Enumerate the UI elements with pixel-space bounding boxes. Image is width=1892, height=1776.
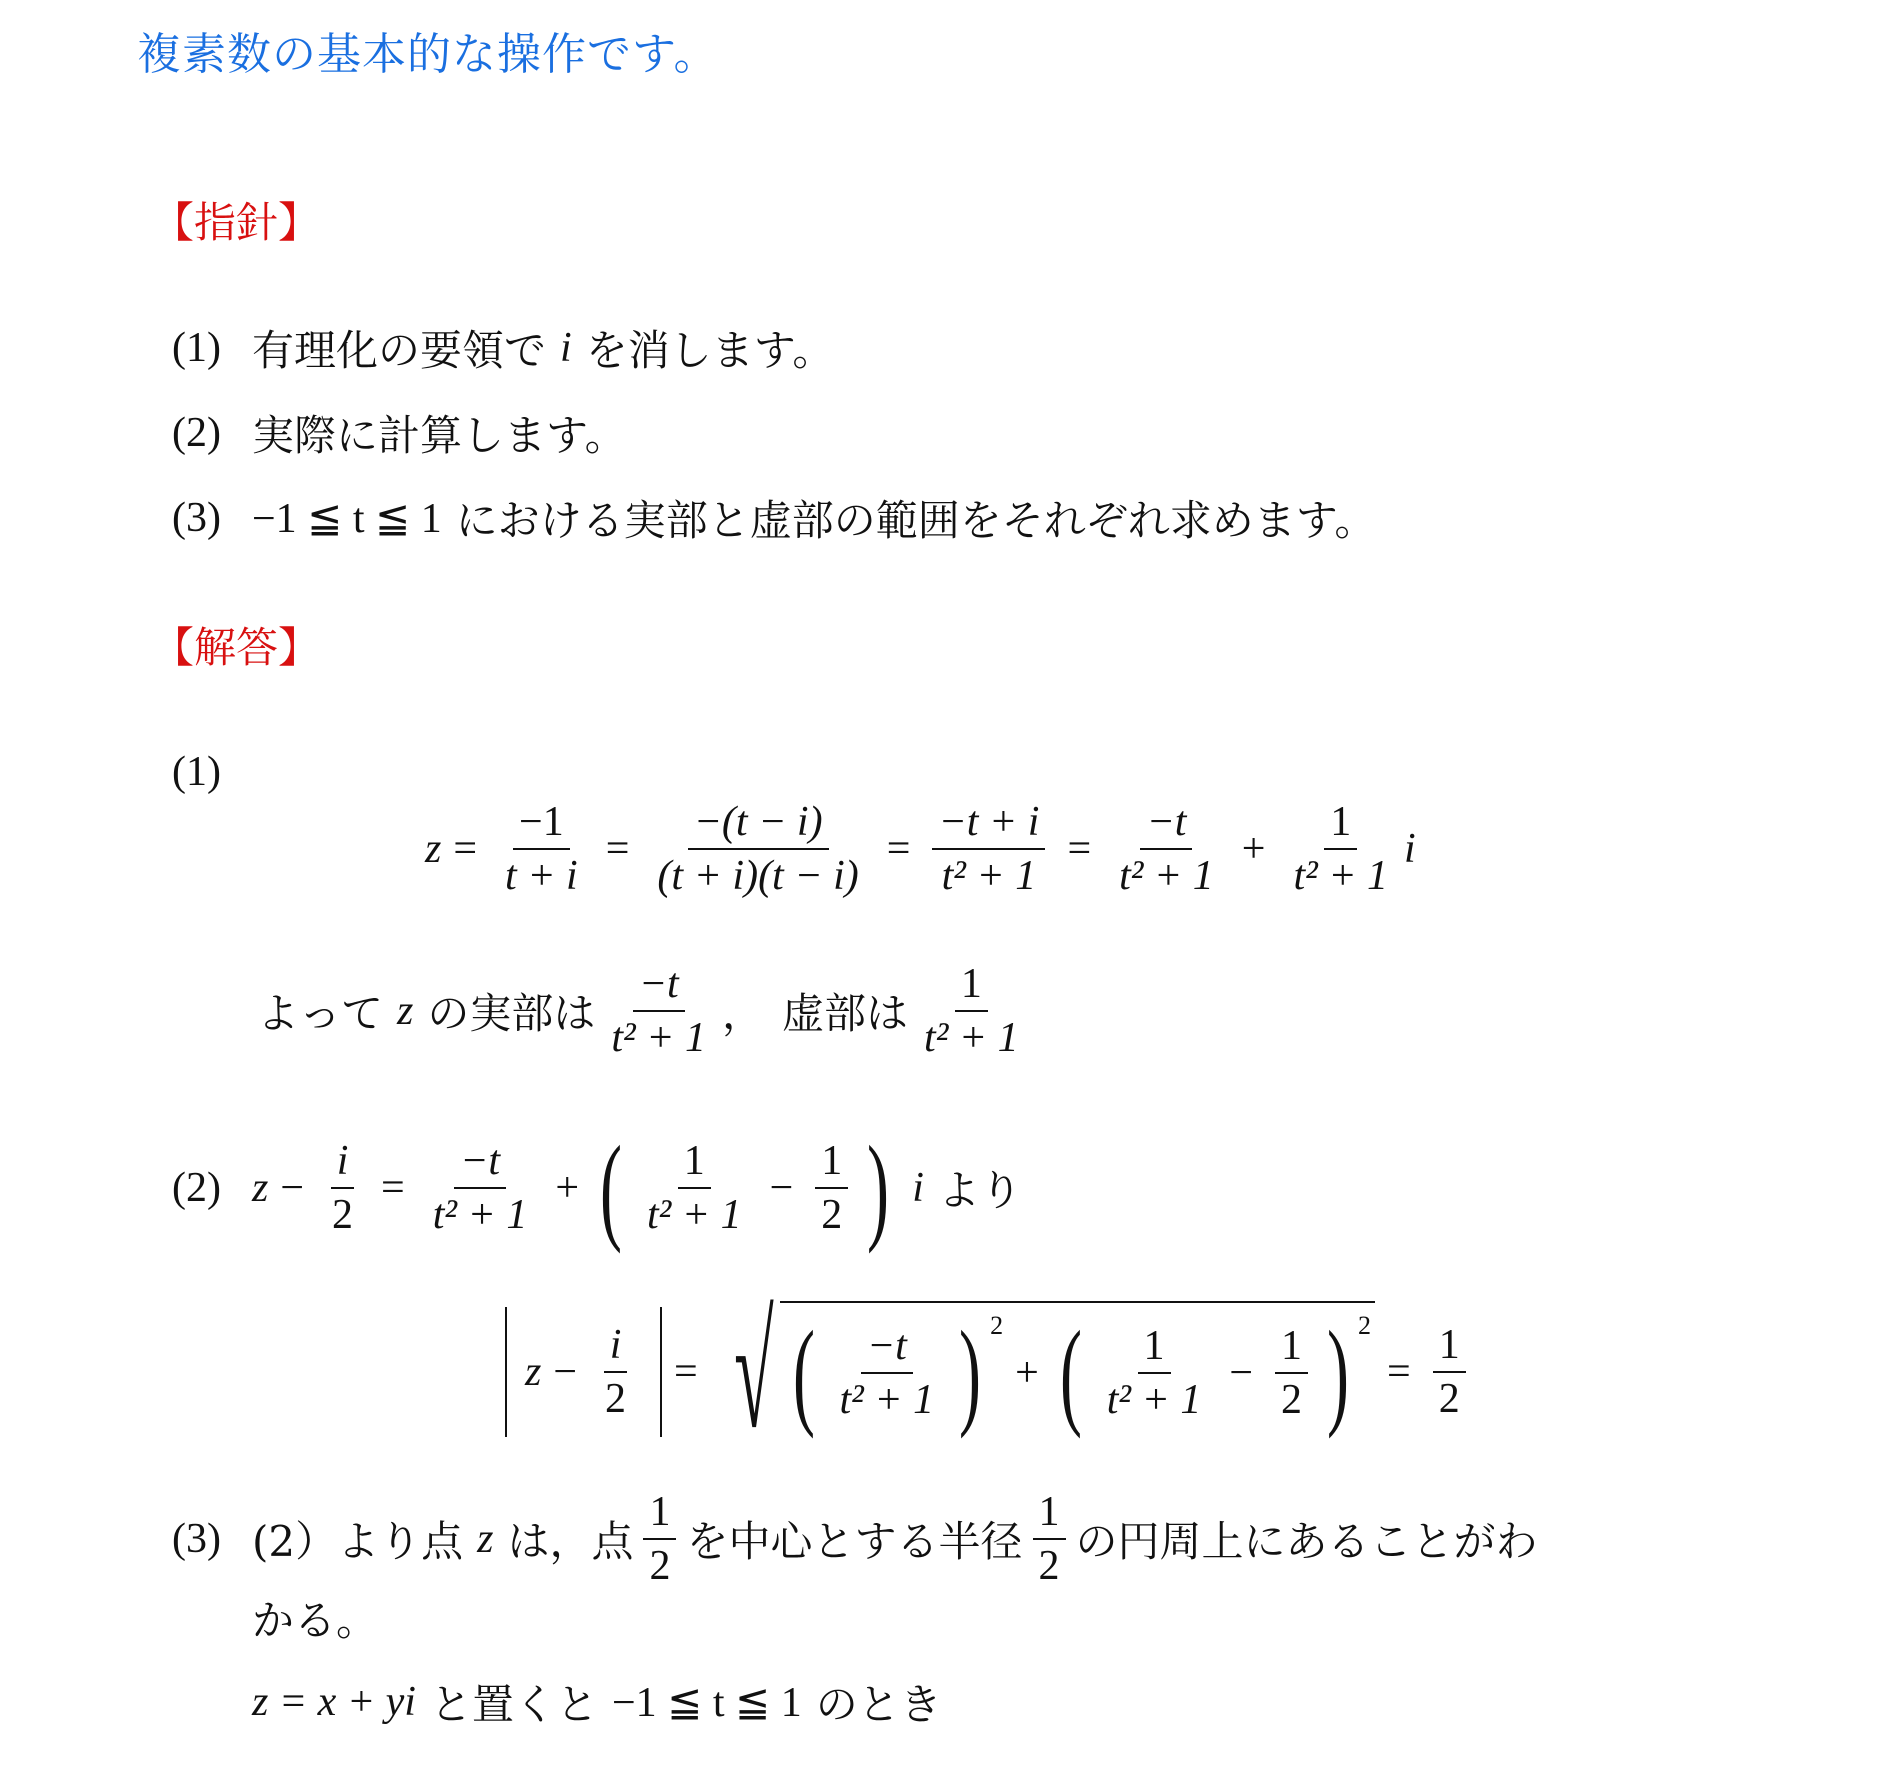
text: のとき	[816, 1672, 942, 1732]
fraction-result: 12	[1433, 1323, 1466, 1421]
math-op: =	[887, 825, 911, 873]
equation-part1: z = −1t + i = −(t − i)(t + i)(t − i) = −…	[425, 800, 1416, 898]
math-op: −	[280, 1164, 304, 1212]
fraction: 12	[815, 1139, 848, 1237]
fraction: −t + it² + 1	[932, 800, 1045, 898]
hint-text: 有理化の要領で	[252, 318, 546, 378]
text: は，点	[507, 1509, 633, 1569]
fraction-real: −tt² + 1	[605, 962, 712, 1060]
math-op: =	[453, 825, 477, 873]
sqrt-body: ( −tt² + 1 )2 + ( 1t² + 1 − 12 )2	[780, 1301, 1375, 1443]
hint-text: を消します。	[586, 318, 835, 378]
fraction: 1t² + 1	[1287, 800, 1394, 898]
math-var: i	[1404, 825, 1416, 873]
math-op: =	[674, 1348, 698, 1396]
item-number: (3)	[172, 1515, 252, 1563]
math-op: =	[606, 825, 630, 873]
answer-heading: 【解答】	[152, 615, 320, 675]
fraction-center: 12	[643, 1490, 676, 1588]
text: よって	[257, 981, 383, 1041]
math-range: −1 ≦ t ≦ 1	[252, 493, 442, 543]
math-op: +	[555, 1164, 579, 1212]
fraction-imag: 1t² + 1	[918, 962, 1025, 1060]
fraction: 1t² + 1	[641, 1139, 748, 1237]
fraction: −tt² + 1	[1113, 800, 1220, 898]
absolute-value: z − i2	[505, 1307, 662, 1437]
math-var: i	[560, 324, 572, 372]
fraction: −tt² + 1	[427, 1139, 534, 1237]
equation-part2-line2: z − i2 = √ ( −tt² + 1 )2 + ( 1t² + 1 − 1…	[505, 1292, 1476, 1452]
math-op: +	[1242, 825, 1266, 873]
math-var: z	[397, 987, 413, 1035]
text: の円周上にあることがわ	[1076, 1509, 1538, 1569]
math-op: =	[1387, 1348, 1411, 1396]
math-var: z	[252, 1164, 268, 1212]
hint-heading: 【指針】	[152, 190, 320, 250]
math-op: =	[1067, 825, 1091, 873]
answer-part1-number: (1)	[172, 748, 252, 796]
left-paren: (	[600, 1128, 622, 1248]
page-title: 複素数の基本的な操作です。	[137, 18, 718, 82]
fraction: i2	[326, 1139, 359, 1237]
text: ，	[722, 981, 764, 1041]
item-number: (2)	[172, 409, 252, 457]
math-op: =	[381, 1164, 405, 1212]
item-number: (3)	[172, 494, 252, 542]
math-range: −1 ≦ t ≦ 1	[612, 1677, 802, 1727]
part3-line3: z = x + yi と置くと −1 ≦ t ≦ 1 のとき	[252, 1672, 942, 1732]
text: より	[938, 1158, 1022, 1218]
item-number: (2)	[172, 1164, 252, 1212]
fraction-radius: 12	[1033, 1490, 1066, 1588]
text: 虚部は	[782, 981, 908, 1041]
text: を中心とする半径	[686, 1509, 1022, 1569]
item-number: (1)	[172, 748, 252, 796]
hint-text: 実際に計算します。	[252, 403, 627, 463]
fraction: −(t − i)(t + i)(t − i)	[651, 800, 864, 898]
math-var: z	[425, 825, 441, 873]
hint-item-3: (3) −1 ≦ t ≦ 1 における実部と虚部の範囲をそれぞれ求めます。	[172, 488, 1376, 548]
part3-line1: (3) (2）より点 z は，点 12 を中心とする半径 12 の円周上にあるこ…	[172, 1490, 1538, 1588]
text: (2）より点	[252, 1509, 463, 1569]
text: と置くと	[430, 1672, 598, 1732]
hint-item-2: (2) 実際に計算します。	[172, 403, 627, 463]
part1-conclusion: よって z の実部は −tt² + 1 ， 虚部は 1t² + 1	[257, 962, 1035, 1060]
math-op: −	[770, 1164, 794, 1212]
math-expression: z = x + yi	[252, 1678, 416, 1726]
right-paren: )	[867, 1128, 889, 1248]
equation-part2-line1: (2) z − i2 = −tt² + 1 + ( 1t² + 1 − 12 )…	[172, 1128, 1022, 1248]
fraction: −1t + i	[499, 800, 584, 898]
math-var: z	[477, 1515, 493, 1563]
part3-line2: かる。	[252, 1588, 378, 1648]
text: かる。	[252, 1588, 378, 1648]
hint-text: における実部と虚部の範囲をそれぞれ求めます。	[456, 488, 1377, 548]
text: の実部は	[427, 981, 595, 1041]
math-var: i	[912, 1164, 924, 1212]
item-number: (1)	[172, 324, 252, 372]
sqrt-sign: √	[734, 1292, 774, 1452]
hint-item-1: (1) 有理化の要領で i を消します。	[172, 318, 834, 378]
